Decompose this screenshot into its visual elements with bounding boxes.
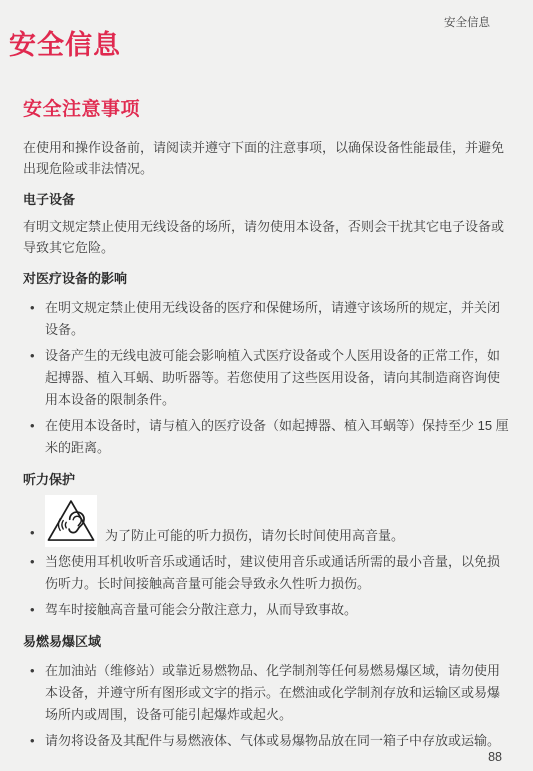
subheading-flammable-explosive-areas: 易燃易爆区域 [23, 634, 512, 649]
list-item: 驾车时接触高音量可能会分散注意力，从而导致事故。 [23, 599, 512, 621]
list-item: 当您使用耳机收听音乐或通话时，建议使用音乐或通话所需的最小音量，以免损伤听力。长… [23, 551, 512, 595]
flammable-areas-list: 在加油站（维修站）或靠近易燃物品、化学制剂等任何易燃易爆区域，请勿使用本设备，并… [23, 660, 512, 752]
subheading-electronic-devices: 电子设备 [23, 192, 512, 207]
page-content: 安全信息 安全注意事项 在使用和操作设备前，请阅读并遵守下面的注意事项，以确保设… [23, 0, 512, 752]
medical-devices-list: 在明文规定禁止使用无线设备的医疗和保健场所，请遵守该场所的规定，并关闭设备。 设… [23, 297, 512, 459]
subheading-medical-devices: 对医疗设备的影响 [23, 271, 512, 286]
paragraph-electronic-devices: 有明文规定禁止使用无线设备的场所，请勿使用本设备，否则会干扰其它电子设备或导致其… [23, 216, 512, 258]
list-item: 在明文规定禁止使用无线设备的医疗和保健场所，请遵守该场所的规定，并关闭设备。 [23, 297, 512, 341]
section-heading: 安全注意事项 [23, 100, 512, 120]
subheading-hearing-protection: 听力保护 [23, 472, 512, 487]
page-title: 安全信息 [9, 31, 512, 60]
hearing-protection-list: 为了防止可能的听力损伤，请勿长时间使用高音量。 当您使用耳机收听音乐或通话时，建… [23, 495, 512, 621]
intro-paragraph: 在使用和操作设备前，请阅读并遵守下面的注意事项，以确保设备性能最佳，并避免出现危… [23, 137, 512, 179]
list-item: 设备产生的无线电波可能会影响植入式医疗设备或个人医用设备的正常工作，如起搏器、植… [23, 345, 512, 411]
list-item: 请勿将设备及其配件与易燃液体、气体或易爆物品放在同一箱子中存放或运输。 [23, 730, 512, 752]
list-item: 在使用本设备时，请与植入的医疗设备（如起搏器、植入耳蜗等）保持至少 15 厘米的… [23, 415, 512, 459]
page-number: 88 [488, 750, 502, 764]
hearing-damage-warning-icon [45, 495, 97, 547]
list-item-text: 为了防止可能的听力损伤，请勿长时间使用高音量。 [105, 525, 404, 547]
list-item: 在加油站（维修站）或靠近易燃物品、化学制剂等任何易燃易爆区域，请勿使用本设备，并… [23, 660, 512, 726]
list-item-with-icon: 为了防止可能的听力损伤，请勿长时间使用高音量。 [23, 495, 512, 547]
document-page: 安全信息 安全信息 安全注意事项 在使用和操作设备前，请阅读并遵守下面的注意事项… [0, 0, 533, 771]
